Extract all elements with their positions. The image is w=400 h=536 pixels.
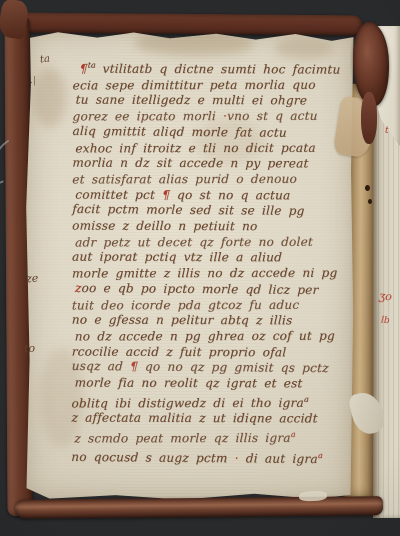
ink-text: no dz accede n pg ghrea oz cof ut pg bbox=[75, 329, 336, 344]
text-line: no e gfessa n pelitur abtq z illis bbox=[72, 313, 351, 330]
ink-text: z scmdo peat morle qz illis igra bbox=[74, 431, 291, 446]
ink-text: et satisfarat alias purid o denouo bbox=[72, 172, 297, 187]
ink-text: gorez ee ipcato morli bbox=[72, 109, 223, 123]
text-line: morlia n dz sit accede n py pereat bbox=[72, 156, 351, 173]
text-line: gorez ee ipcato morli ·vno st q actu bbox=[72, 109, 351, 125]
ink-text: ecia sepe dimittitur peta morlia quo bbox=[72, 78, 316, 93]
text-line: oblitq ibi distigwedz di ei tho igraa bbox=[71, 391, 350, 411]
wormhole bbox=[368, 199, 372, 204]
ink-text: aut iporat pctiq vtz ille a aliud bbox=[72, 250, 283, 265]
text-line: adr petz ut decet qz forte no dolet bbox=[75, 234, 351, 250]
ink-text: comittet pct bbox=[75, 187, 162, 201]
red-rubric-fragment: ʒo bbox=[379, 290, 393, 304]
ink-text: morle fia no reolit qz igrat et est bbox=[74, 376, 302, 391]
text-line: tuit deo icorde pda gtcoz fu aduc bbox=[72, 297, 351, 313]
text-line: no qocusd s augz pctm · di aut igraa bbox=[71, 446, 350, 468]
red-rubric-fragment: lb bbox=[381, 316, 390, 327]
leather-binding-bottom-edge bbox=[15, 496, 383, 519]
text-line: morle gmitte z illis no dz accede ni pg bbox=[72, 266, 351, 282]
margin-note-to: to bbox=[24, 342, 36, 356]
text-line: z scmdo peat morle qz illis igraa bbox=[74, 427, 350, 447]
ink-text: tuit deo icorde pda gtcoz fu aduc bbox=[72, 297, 300, 312]
margin-note-ze: ze bbox=[26, 272, 39, 286]
text-line: tu sane itelligedz e multi ei ohgre bbox=[75, 93, 351, 110]
text-line: et satisfarat alias purid o denouo bbox=[72, 172, 351, 188]
text-line: aliq gmittit aliqd morle fat actu bbox=[72, 124, 351, 142]
text-line: z affectata malitia z ut idiqne accidt bbox=[71, 411, 350, 428]
margin-note-mark: .| bbox=[30, 76, 36, 86]
leather-binding-top-edge bbox=[22, 13, 362, 36]
ink-text: qo no qz pg gmisit qs pctz bbox=[138, 360, 329, 376]
ink-text: exhoc inf itroitz e tli no dicit pcata bbox=[75, 140, 316, 155]
page-stain bbox=[275, 38, 335, 58]
ink-text: rcocilie accid z fuit proprio ofal bbox=[71, 344, 286, 359]
text-line: exhoc inf itroitz e tli no dicit pcata bbox=[75, 140, 351, 156]
ink-text: omisse z deillo n petiuit no bbox=[72, 219, 258, 234]
text-line: ¶ta vtilitatb q dictne sumti hoc facimtu bbox=[79, 58, 351, 79]
ink-text: facit pctm morle sed sit se ille pg bbox=[72, 202, 305, 218]
text-line: morle fia no reolit qz igrat et est bbox=[74, 376, 350, 393]
text-line: facit pctm morle sed sit se ille pg bbox=[72, 202, 351, 220]
ink-text: tu sane itelligedz e multi ei ohgre bbox=[75, 93, 307, 108]
ink-text: usqz ad bbox=[71, 359, 130, 374]
manuscript-photo: ¶ta vtilitatb q dictne sumti hoc facimtu… bbox=[0, 0, 400, 536]
ink-text: oblitq ibi distigwedz di ei tho igra bbox=[71, 396, 304, 411]
ink-text: a bbox=[304, 395, 309, 404]
rubric-mark: a bbox=[318, 451, 323, 460]
margin-note-ta: ta bbox=[39, 54, 50, 66]
text-line: omisse z deillo n petiuit no bbox=[72, 219, 351, 236]
ink-text: aliq gmittit aliqd morle fat actu bbox=[72, 124, 287, 140]
red-rubric-fragment: t bbox=[385, 126, 389, 136]
ink-text: vtilitatb q dictne sumti hoc facimtu bbox=[95, 62, 341, 77]
ink-text: vno st q actu bbox=[227, 109, 318, 123]
leather-wax-lump bbox=[353, 22, 389, 106]
manuscript-page: ¶ta vtilitatb q dictne sumti hoc facimtu… bbox=[23, 27, 355, 502]
text-block: ¶ta vtilitatb q dictne sumti hoc facimtu… bbox=[71, 58, 350, 468]
text-line: zoo e qb po ipcto morle qd licz per bbox=[75, 281, 351, 299]
text-line: no dz accede n pg ghrea oz cof ut pg bbox=[74, 329, 350, 345]
ink-text: no e gfessa n pelitur abtq z illis bbox=[72, 313, 293, 328]
ink-text: no qocusd s augz pctm bbox=[71, 450, 235, 465]
ink-text: oo e qb po ipcto morle qd licz per bbox=[81, 281, 319, 297]
rubric-mark: a bbox=[291, 430, 296, 439]
text-line: usqz ad ¶ qo no qz pg gmisit qs pctz bbox=[71, 359, 350, 377]
ink-text: di aut igra bbox=[238, 451, 318, 466]
page-stain bbox=[32, 67, 66, 127]
ink-text: z affectata malitia z ut idiqne accidt bbox=[71, 411, 318, 426]
ink-text: morlia n dz sit accede n py pereat bbox=[72, 156, 309, 171]
text-line: aut iporat pctiq vtz ille a aliud bbox=[72, 250, 351, 267]
ink-text: morle gmitte z illis no dz accede ni pg bbox=[72, 266, 338, 281]
wormhole bbox=[365, 185, 370, 191]
ink-text: qo st no q actua bbox=[170, 188, 291, 202]
text-line: ecia sepe dimittitur peta morlia quo bbox=[72, 77, 351, 93]
ink-text: adr petz ut decet qz forte no dolet bbox=[75, 235, 313, 250]
